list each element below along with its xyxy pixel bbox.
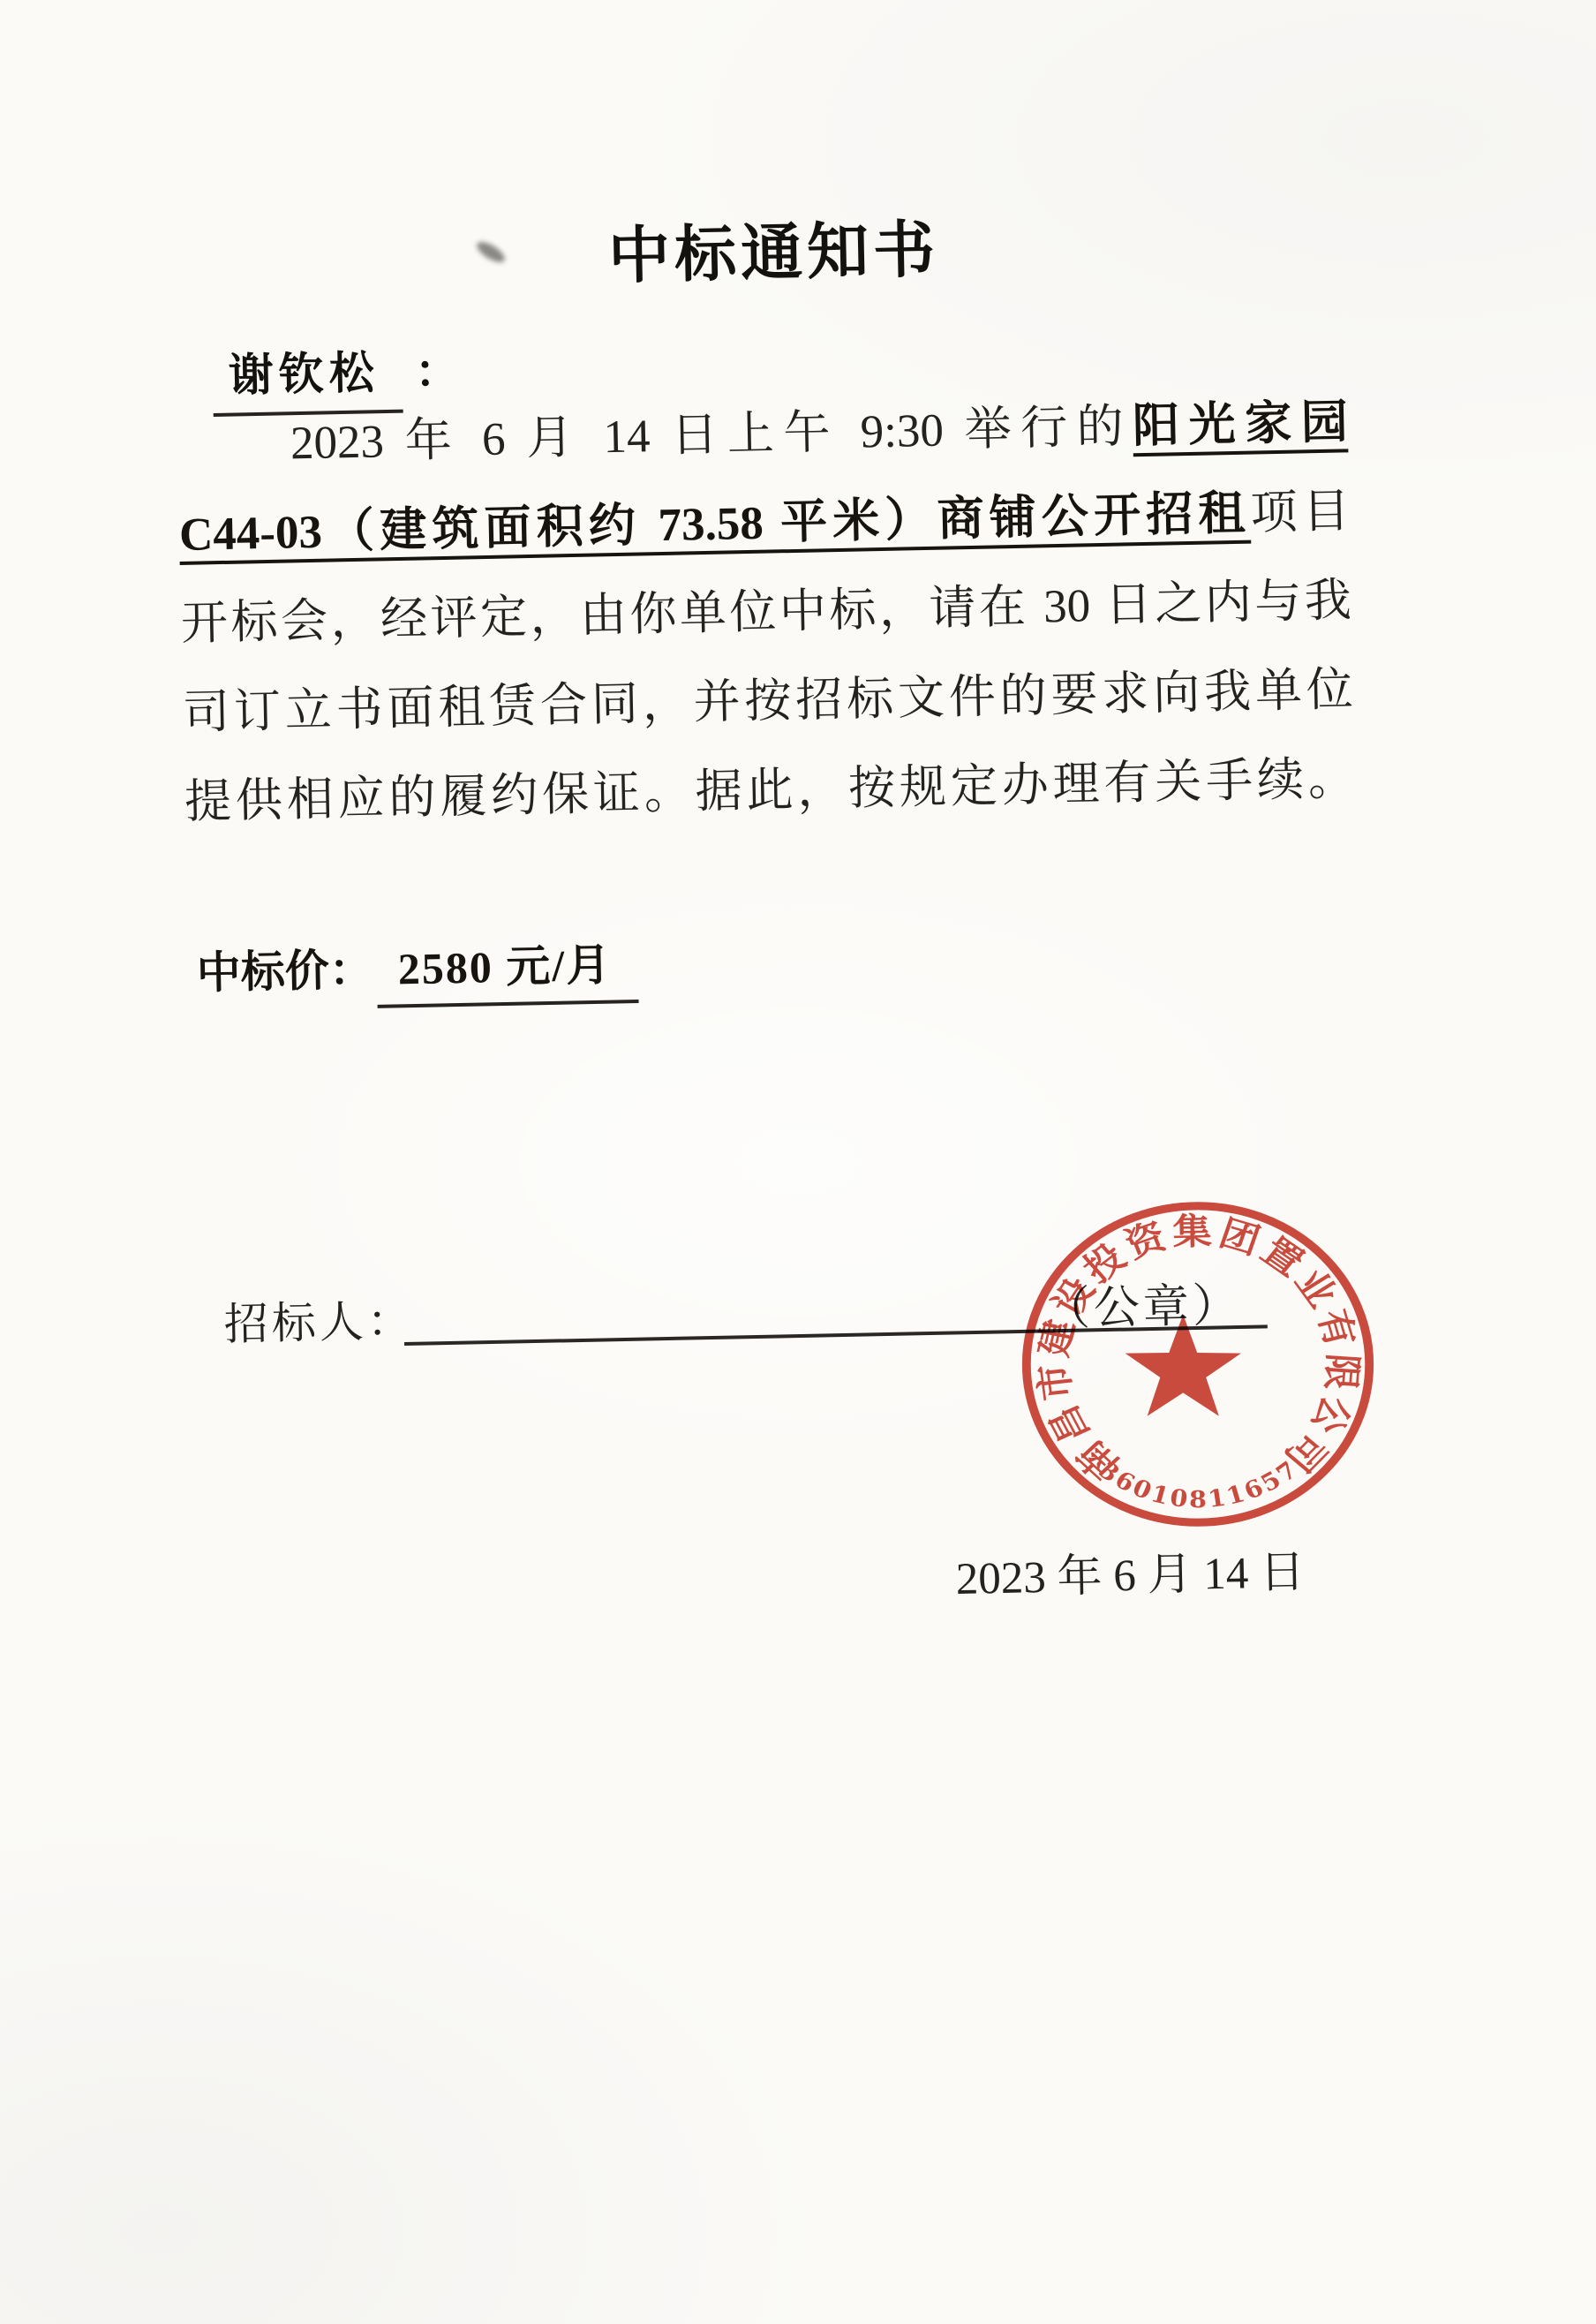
date-line: 2023 年 6 月 14 日 <box>955 1535 1306 1607</box>
body-line-2-text: 项目 <box>1250 486 1350 539</box>
winning-price-label: 中标价： <box>196 945 373 998</box>
company-seal: 南昌市建设投资集团置业有限公司 3601081165780 <box>1015 1196 1381 1533</box>
body-paragraph: 2023 年 6 月 14 日上午 9:30 举行的阳光家园 C44-03（建筑… <box>177 378 1356 848</box>
page-title: 中标通知书 <box>607 200 940 296</box>
company-seal-graphic: 南昌市建设投资集团置业有限公司 3601081165780 <box>1015 1196 1381 1533</box>
tenderer-label: 招标人： <box>223 1286 415 1353</box>
body-line-2-emphasis: C44-03（建筑面积约 73.58 平米）商铺公开招租 <box>178 488 1251 561</box>
winning-price-line: 中标价：2580 元/月 <box>196 929 639 1012</box>
scan-smudge <box>474 238 508 267</box>
body-line-1-emphasis: 阳光家园 <box>1133 396 1349 452</box>
winning-price-value: 2580 元/月 <box>376 929 639 1008</box>
star-icon <box>1125 1315 1241 1416</box>
body-line-1-text: 2023 年 6 月 14 日上午 9:30 举行的 <box>290 401 1133 469</box>
addressee-colon: ： <box>414 347 460 397</box>
document-page: 中标通知书 谢钦松： 2023 年 6 月 14 日上午 9:30 举行的阳光家… <box>0 0 1596 2324</box>
